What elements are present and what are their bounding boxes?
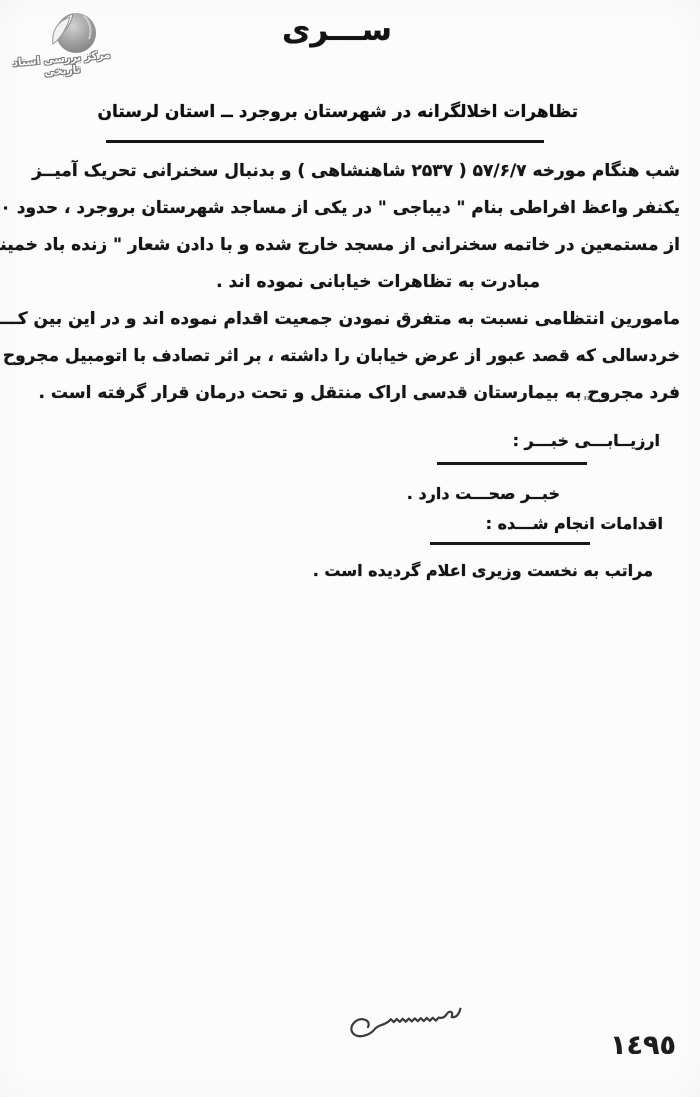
body-line: فرد مجروح به بیمارستان قدسی اراک منتقل و…: [22, 375, 680, 412]
actions-taken-value: مراتب به نخست وزیری اعلام گردیده است .: [313, 561, 653, 580]
archive-number: ١٤٩٥: [610, 1030, 676, 1061]
evaluation-label: ارزیــابـــی خبـــر :: [513, 431, 660, 450]
body-line: مامورین انتظامی نسبت به متفرق نمودن جمعی…: [22, 301, 680, 338]
body-line: شب هنگام مورخه ۵۷/۶/۷ ( ۲۵۳۷ شاهنشاهی ) …: [22, 153, 680, 190]
handwritten-secret-signature: [267, 997, 469, 1058]
title-underline: [106, 140, 544, 143]
handwriting-squiggle-icon: [267, 997, 469, 1054]
evaluation-underline: [437, 462, 587, 465]
body-line: از مستمعین در خاتمه سخنرانی از مسجد خارج…: [22, 227, 680, 264]
scanned-document-page: مرکز بررسی اسناد تاریخی ســـری تظاهرات ا…: [0, 0, 700, 1097]
evaluation-value: خبــر صحـــت دارد .: [407, 484, 560, 503]
actions-taken-underline: [430, 542, 590, 545]
stray-quote-mark: ": [583, 393, 591, 411]
document-title: تظاهرات اخلالگرانه در شهرستان بروجرد ــ …: [97, 102, 578, 122]
classification-header: ســـری: [282, 12, 392, 48]
actions-taken-label: اقدامات انجام شـــده :: [486, 514, 663, 533]
logo-caption: مرکز بررسی اسناد تاریخی: [1, 48, 123, 82]
body-line: یکنفر واعظ افراطی بنام " دیباجی " در یکی…: [22, 190, 680, 227]
body-line: مبادرت به تظاهرات خیابانی نموده اند .: [22, 264, 680, 301]
body-line: خردسالی که قصد عبور از عرض خیابان را داش…: [22, 338, 680, 375]
report-body: شب هنگام مورخه ۵۷/۶/۷ ( ۲۵۳۷ شاهنشاهی ) …: [22, 153, 680, 412]
